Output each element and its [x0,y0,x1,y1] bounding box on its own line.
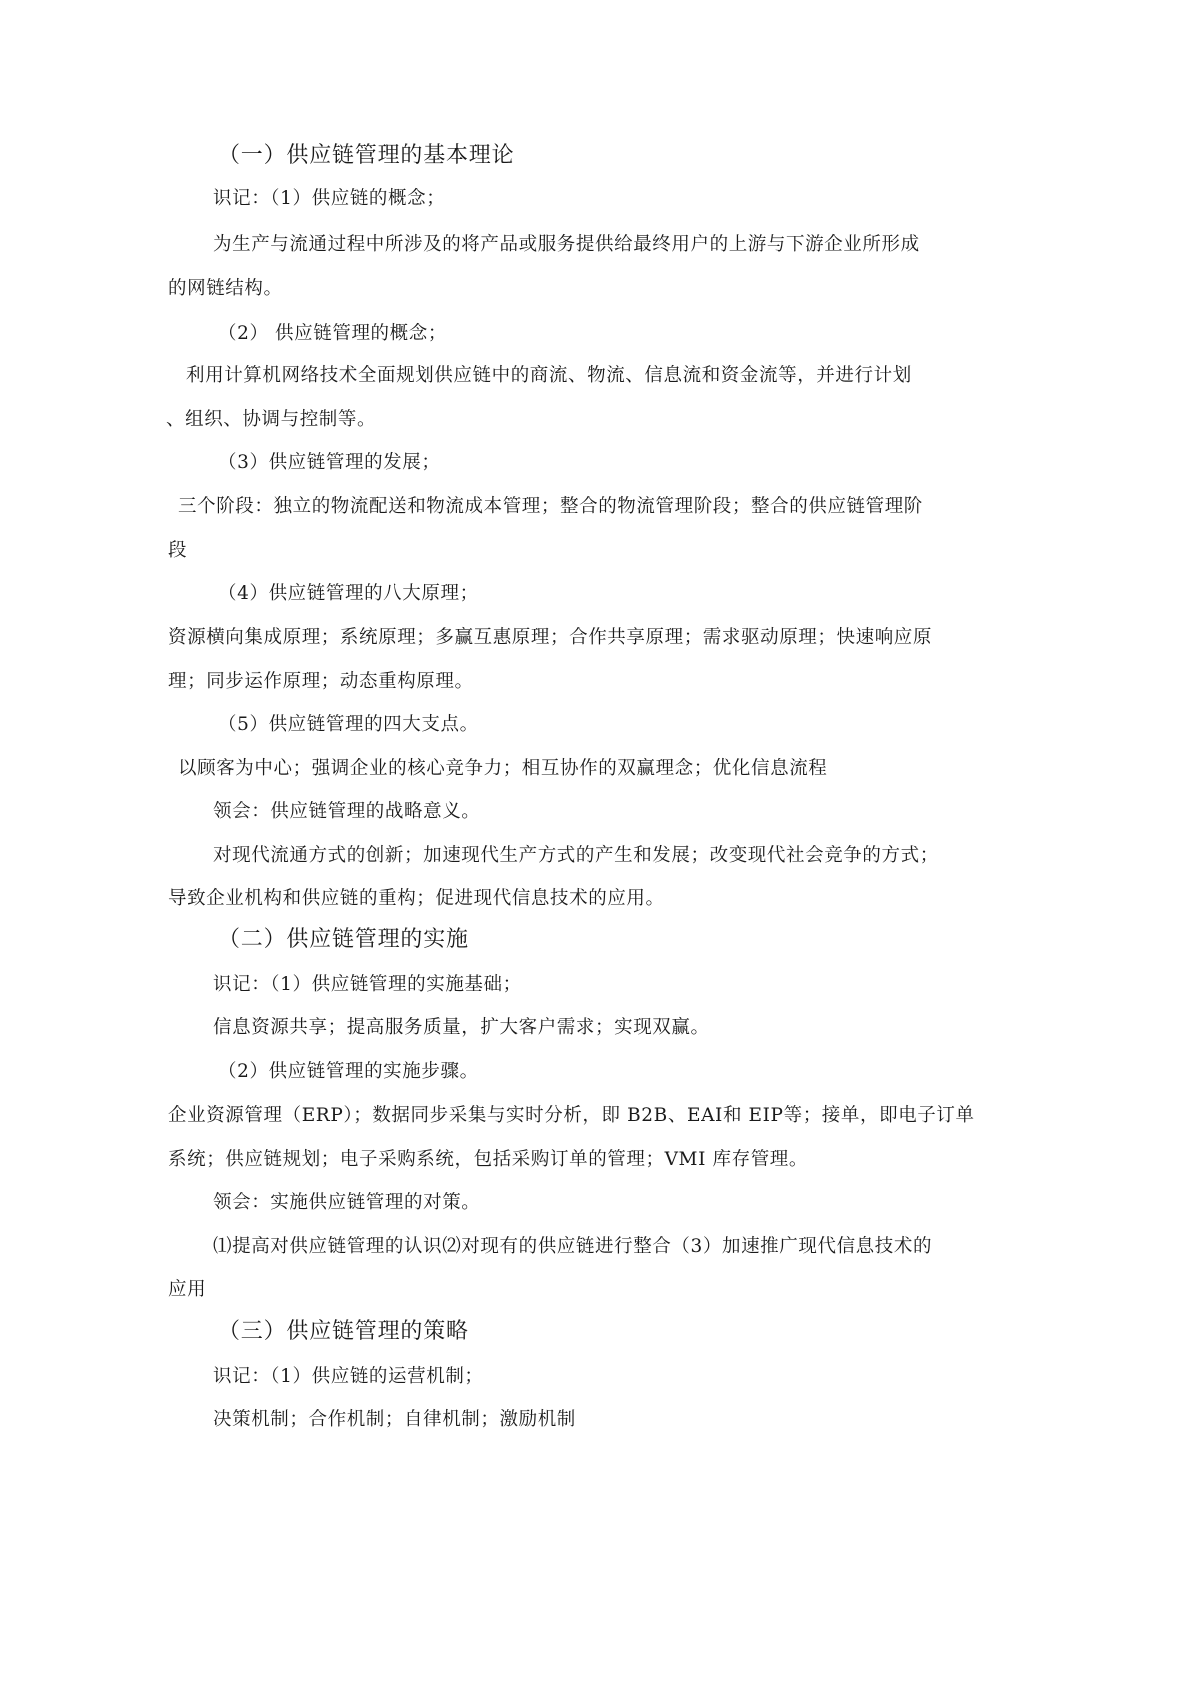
paragraph-line: 识记：（1）供应链的运营机制； [213,1365,484,1389]
section-heading-1: （一）供应链管理的基本理论 [218,142,514,170]
paragraph-line: 应用 [168,1278,206,1302]
paragraph-line: 、组织、协调与控制等。 [166,408,376,432]
paragraph-line: （2） 供应链管理的概念； [218,322,447,346]
paragraph-line: 对现代流通方式的创新；加速现代生产方式的产生和发展；改变现代社会竞争的方式； [213,844,939,868]
paragraph-line: 的网链结构。 [168,277,283,301]
paragraph-line: 识记：（1）供应链的概念； [213,187,445,211]
paragraph-line: 决策机制；合作机制；自律机制；激励机制 [213,1408,576,1432]
section-heading-3: （三）供应链管理的策略 [218,1318,469,1346]
paragraph-line: 段 [168,539,187,563]
paragraph-line: （4）供应链管理的八大原理； [218,582,479,606]
paragraph-line: （5）供应链管理的四大支点。 [218,713,479,737]
paragraph-line: 识记：（1）供应链管理的实施基础； [213,973,522,997]
paragraph-line: ⑴提高对供应链管理的认识⑵对现有的供应链进行整合（3）加速推广现代信息技术的 [213,1235,932,1259]
paragraph-line: （2）供应链管理的实施步骤。 [218,1060,479,1084]
paragraph-line: 为生产与流通过程中所涉及的将产品或服务提供给最终用户的上游与下游企业所形成 [213,233,920,257]
paragraph-line: （3）供应链管理的发展； [218,451,440,475]
paragraph-line: 企业资源管理（ERP）；数据同步采集与实时分析，即 B2B、EAI和 EIP等；… [168,1104,975,1128]
paragraph-line: 利用计算机网络技术全面规划供应链中的商流、物流、信息流和资金流等，并进行计划 [186,364,912,388]
document-page: （一）供应链管理的基本理论 识记：（1）供应链的概念； 为生产与流通过程中所涉及… [0,0,1191,1684]
paragraph-line: 领会：实施供应链管理的对策。 [213,1191,480,1215]
paragraph-line: 三个阶段：独立的物流配送和物流成本管理；整合的物流管理阶段；整合的供应链管理阶 [178,495,923,519]
paragraph-line: 导致企业机构和供应链的重构；促进现代信息技术的应用。 [168,887,665,911]
section-heading-2: （二）供应链管理的实施 [218,926,469,954]
paragraph-line: 以顾客为中心；强调企业的核心竞争力；相互协作的双赢理念；优化信息流程 [178,757,827,781]
paragraph-line: 领会：供应链管理的战略意义。 [213,800,480,824]
paragraph-line: 理；同步运作原理；动态重构原理。 [168,670,474,694]
paragraph-line: 系统；供应链规划；电子采购系统，包括采购订单的管理；VMI 库存管理。 [168,1148,808,1172]
paragraph-line: 资源横向集成原理；系统原理；多赢互惠原理；合作共享原理；需求驱动原理；快速响应原 [168,626,932,650]
paragraph-line: 信息资源共享；提高服务质量，扩大客户需求；实现双赢。 [213,1016,710,1040]
